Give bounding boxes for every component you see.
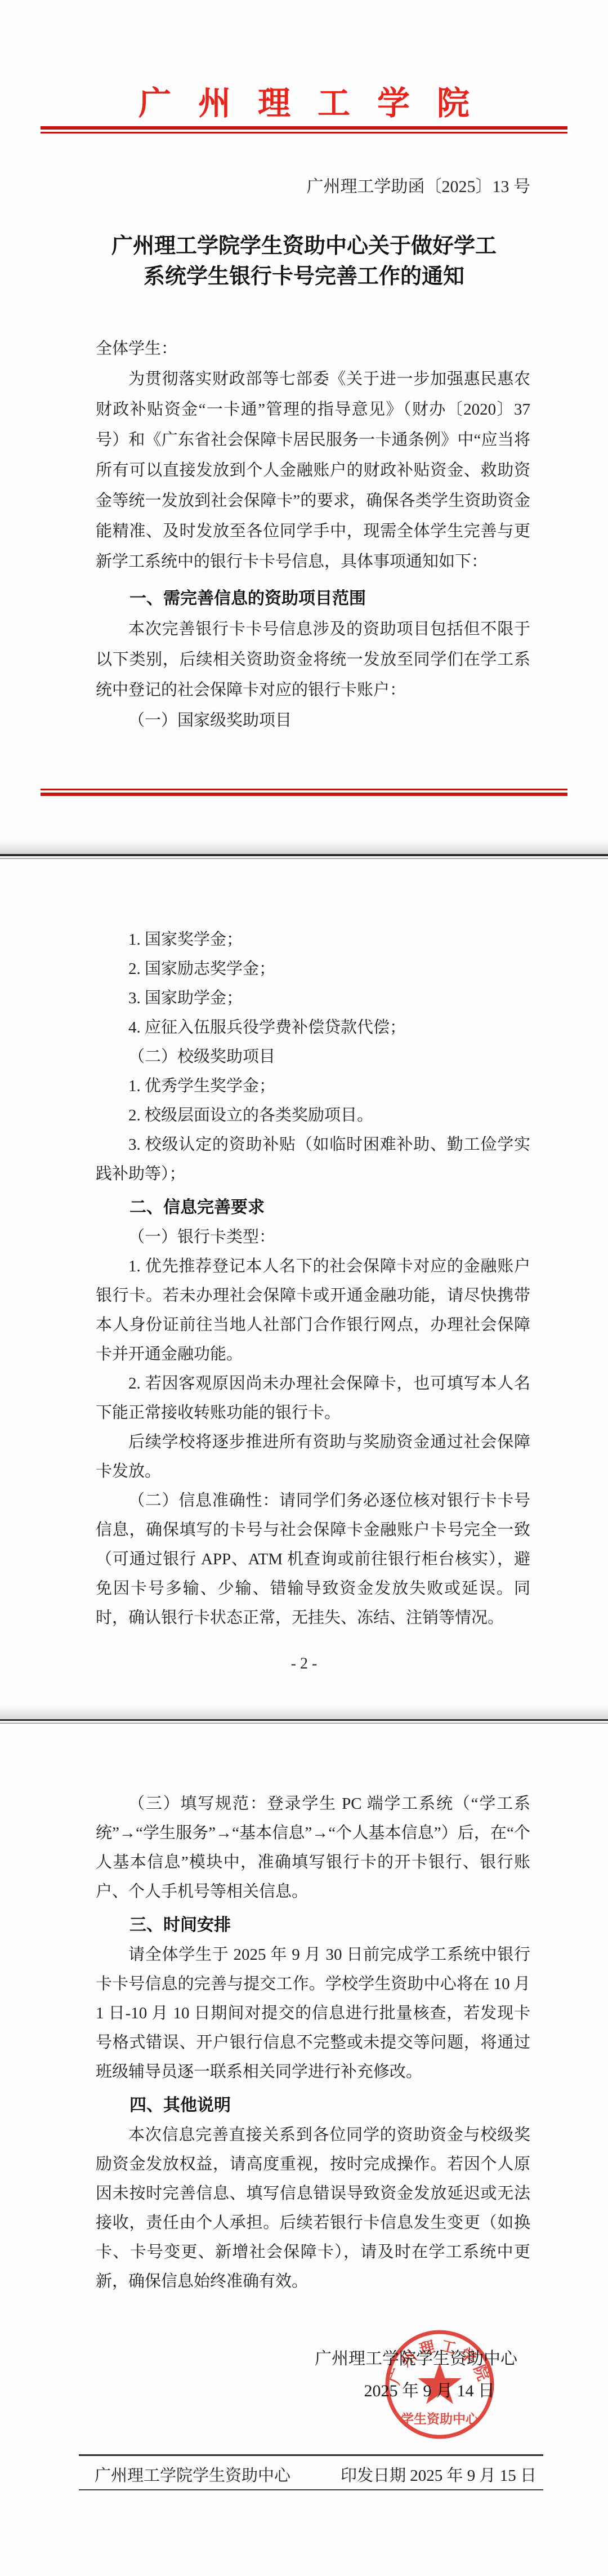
page1-bottom-shadow xyxy=(0,840,608,854)
footer-rule-bottom xyxy=(79,2489,543,2490)
bank-type-paragraph-1: 1. 优先推荐登记本人名下的社会保障卡对应的金融账户银行卡。若未办理社会保障卡或… xyxy=(96,1252,530,1369)
page-boundary-echo-2 xyxy=(0,1723,608,1724)
salutation: 全体学生： xyxy=(96,333,530,364)
accuracy-paragraph: （二）信息准确性：请同学们务必逐位核对银行卡卡号信息，确保填写的卡号与社会保障卡… xyxy=(96,1486,530,1632)
page-boundary-line-2 xyxy=(0,1719,608,1721)
letterhead-red-rule-thin xyxy=(41,132,567,134)
list-item: 3. 国家助学金； xyxy=(96,984,530,1013)
list-item: 4. 应征入伍服兵役学费补偿贷款代偿； xyxy=(96,1013,530,1042)
list-item: 3. 校级认定的资助补贴（如临时困难补助、勤工俭学实践补助等）； xyxy=(96,1130,530,1189)
page1-footer-red-rule-thick xyxy=(41,793,567,796)
page3-body: （三）填写规范：登录学生 PC 端学工系统（“学工系统”→“学生服务”→“基本信… xyxy=(96,1789,530,2296)
subheading-national-projects: （一）国家级奖助项目 xyxy=(96,705,530,736)
page-number-2: - 2 - xyxy=(0,1655,608,1673)
bank-type-paragraph-2: 2. 若因客观原因尚未办理社会保障卡，也可填写本人名下能正常接收转账功能的银行卡… xyxy=(96,1369,530,1427)
page1-footer-red-rule-thin xyxy=(41,789,567,790)
other-notes-paragraph: 本次信息完善直接关系到各位同学的资助资金与校级奖励资金发放权益，请高度重视，按时… xyxy=(96,2120,530,2296)
section-heading-4: 四、其他说明 xyxy=(96,2091,530,2120)
seal-star-icon xyxy=(418,2363,461,2404)
fill-standard-paragraph: （三）填写规范：登录学生 PC 端学工系统（“学工系统”→“学生服务”→“基本信… xyxy=(96,1789,530,1906)
page1-body: 全体学生： 为贯彻落实财政部等七部委《关于进一步加强惠民惠农财政补贴资金“一卡通… xyxy=(96,333,530,736)
list-item: 1. 优秀学生奖学金； xyxy=(96,1071,530,1101)
page-boundary-echo-1 xyxy=(0,858,608,859)
scope-paragraph: 本次完善银行卡卡号信息涉及的资助项目包括但不限于以下类别，后续相关资助资金将统一… xyxy=(96,614,530,705)
section-heading-3: 三、时间安排 xyxy=(96,1911,530,1940)
schedule-paragraph: 请全体学生于 2025 年 9 月 30 日前完成学工系统中银行卡卡号信息的完善… xyxy=(96,1940,530,2086)
official-red-seal: 广州理工学院 学生资助中心 xyxy=(382,2326,498,2442)
document-reference-number: 广州理工学助函〔2025〕13 号 xyxy=(307,172,531,197)
notice-title: 广州理工学院学生资助中心关于做好学工系统学生银行卡号完善工作的通知 xyxy=(101,231,507,292)
page-boundary-line-1 xyxy=(0,854,608,856)
subheading-school-projects: （二）校级奖助项目 xyxy=(96,1042,530,1071)
list-item: 1. 国家奖学金； xyxy=(96,925,530,954)
letterhead-red-rule-thick xyxy=(41,126,567,130)
page2-body: 1. 国家奖学金； 2. 国家励志奖学金； 3. 国家助学金； 4. 应征入伍服… xyxy=(96,925,530,1632)
page2-bottom-shadow xyxy=(0,1706,608,1719)
subheading-bank-card-type: （一）银行卡类型： xyxy=(96,1222,530,1252)
footer-issuing-org: 广州理工学院学生资助中心 xyxy=(95,2463,290,2486)
footer-issue-date: 印发日期 2025 年 9 月 15 日 xyxy=(341,2463,537,2486)
section-heading-1: 一、需完善信息的资助项目范围 xyxy=(96,584,530,614)
letterhead-org-name: 广州理工学院 xyxy=(0,77,608,124)
intro-paragraph: 为贯彻落实财政部等七部委《关于进一步加强惠民惠农财政补贴资金“一卡通”管理的指导… xyxy=(96,364,530,577)
footer-rule-top xyxy=(79,2454,543,2456)
scanned-notice-document: 广州理工学院 广州理工学助函〔2025〕13 号 广州理工学院学生资助中心关于做… xyxy=(0,0,608,2576)
section-heading-2: 二、信息完善要求 xyxy=(96,1193,530,1222)
bank-type-paragraph-3: 后续学校将逐步推进所有资助与奖励资金通过社会保障卡发放。 xyxy=(96,1427,530,1486)
seal-bottom-text: 学生资助中心 xyxy=(401,2412,479,2426)
list-item: 2. 校级层面设立的各类奖励项目。 xyxy=(96,1101,530,1130)
list-item: 2. 国家励志奖学金； xyxy=(96,954,530,984)
